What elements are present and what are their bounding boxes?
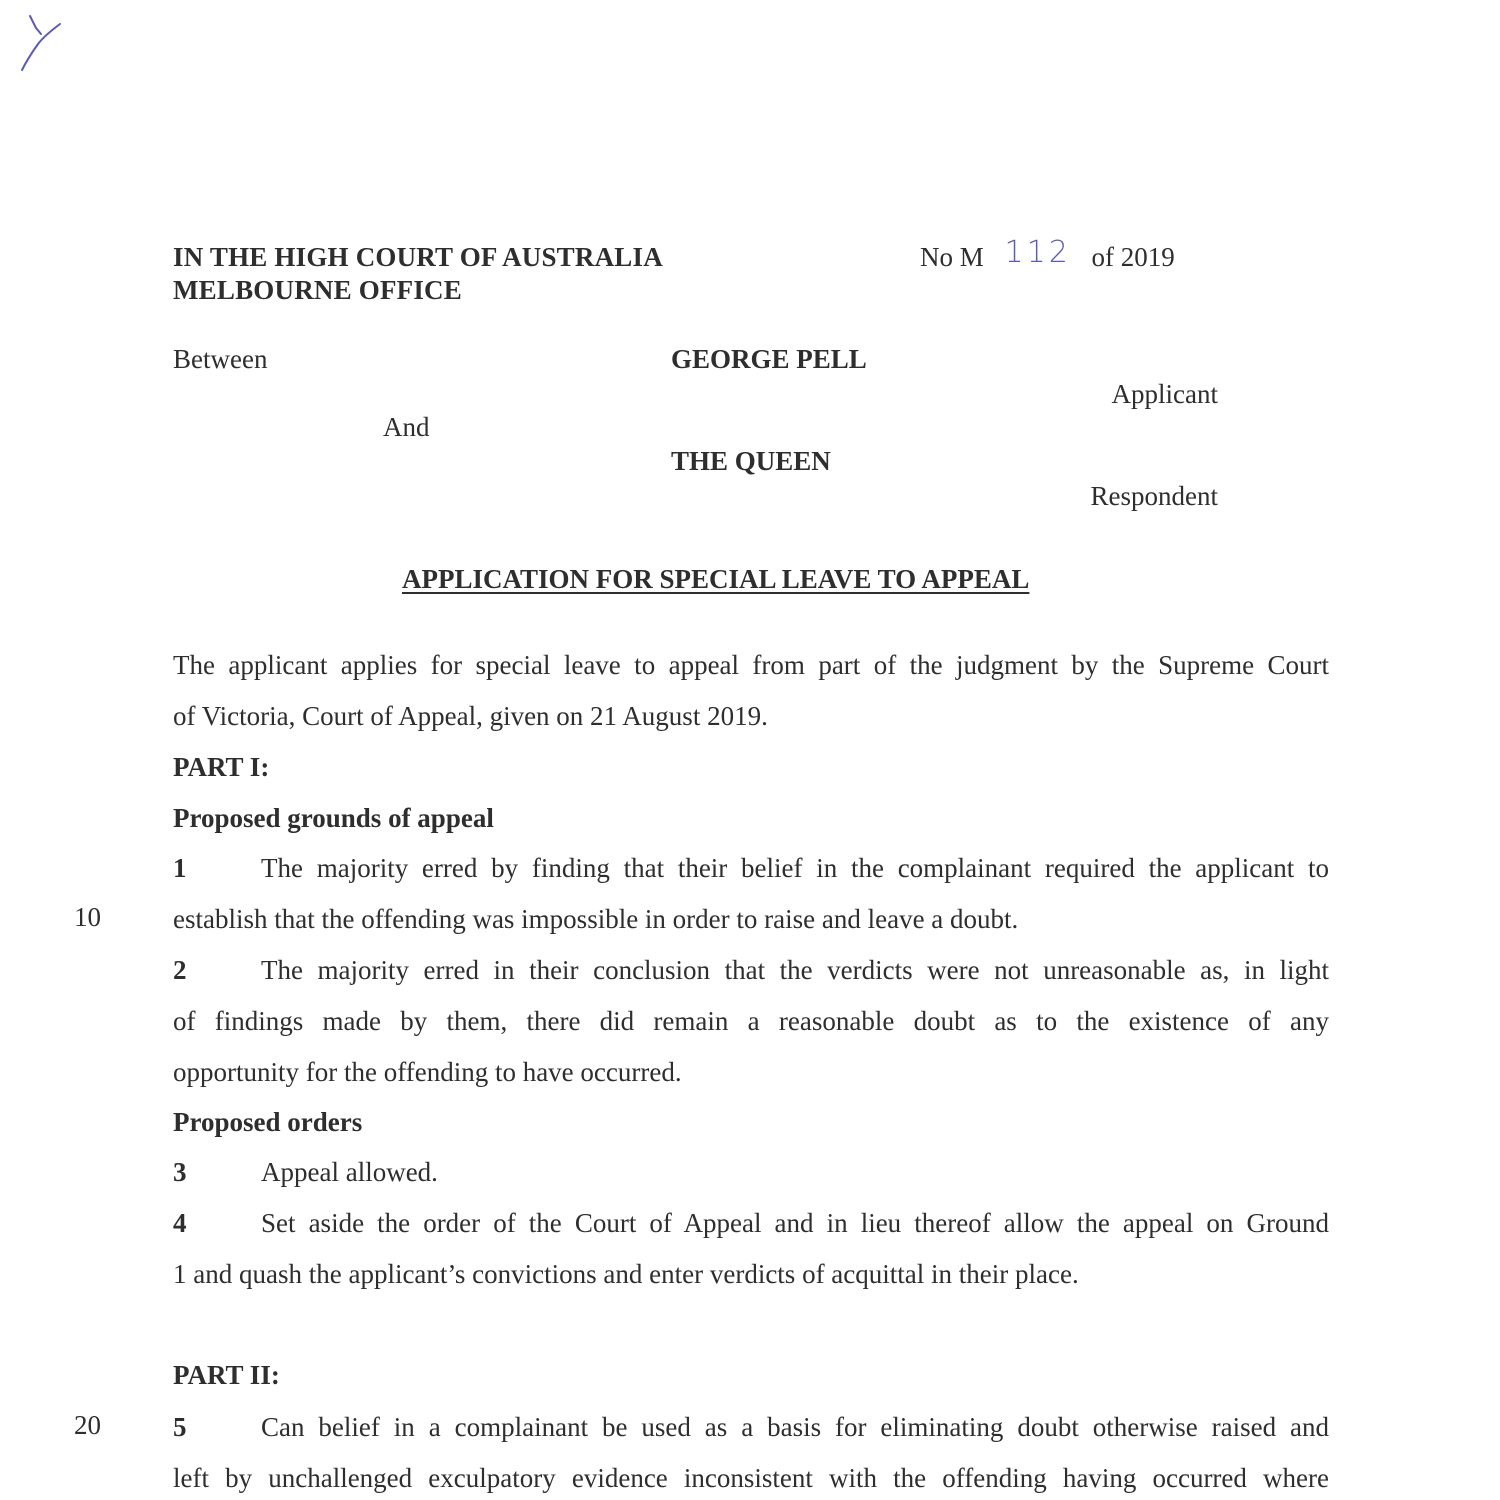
case-number-suffix: of 2019 bbox=[1092, 242, 1175, 272]
part-2-heading: PART II: bbox=[173, 1358, 280, 1392]
orders-heading: Proposed orders bbox=[173, 1105, 362, 1139]
ground-1-line-1: 1The majority erred by finding that thei… bbox=[173, 843, 1329, 894]
ground-1-number: 1 bbox=[173, 843, 261, 894]
applicant-role: Applicant bbox=[1112, 377, 1218, 411]
respondent-name: THE QUEEN bbox=[671, 444, 831, 478]
handwritten-corner-mark bbox=[14, 10, 64, 75]
intro-line-1: The applicant applies for special leave … bbox=[173, 640, 1329, 691]
ground-2-line-3: opportunity for the offending to have oc… bbox=[173, 1047, 1329, 1098]
order-4-line-1: 4Set aside the order of the Court of App… bbox=[173, 1198, 1329, 1249]
grounds-heading: Proposed grounds of appeal bbox=[173, 801, 494, 835]
court-office: MELBOURNE OFFICE bbox=[173, 273, 462, 307]
part-1-heading: PART I: bbox=[173, 750, 269, 784]
question-5-line-2: left by unchallenged exculpatory evidenc… bbox=[173, 1453, 1329, 1500]
order-4: 4Set aside the order of the Court of App… bbox=[173, 1198, 1329, 1300]
case-number-handwritten: 112 bbox=[1005, 236, 1071, 270]
margin-line-number-20: 20 bbox=[74, 1410, 101, 1441]
ground-2-line-2: of findings made by them, there did rema… bbox=[173, 996, 1329, 1047]
court-name: IN THE HIGH COURT OF AUSTRALIA bbox=[173, 240, 663, 274]
respondent-role: Respondent bbox=[1091, 479, 1219, 513]
case-number: No M 112 of 2019 bbox=[920, 240, 1175, 274]
order-4-number: 4 bbox=[173, 1198, 261, 1249]
margin-line-number-10: 10 bbox=[74, 902, 101, 933]
document-title: APPLICATION FOR SPECIAL LEAVE TO APPEAL bbox=[402, 564, 1029, 595]
question-5: 5Can belief in a complainant be used as … bbox=[173, 1402, 1329, 1500]
question-5-line-1: 5Can belief in a complainant be used as … bbox=[173, 1402, 1329, 1453]
ground-1-line-2: establish that the offending was impossi… bbox=[173, 894, 1329, 945]
order-4-line-2: 1 and quash the applicant’s convictions … bbox=[173, 1249, 1329, 1300]
ground-2-line-1: 2The majority erred in their conclusion … bbox=[173, 945, 1329, 996]
and-label: And bbox=[383, 410, 430, 444]
ground-2-number: 2 bbox=[173, 945, 261, 996]
order-3-number: 3 bbox=[173, 1147, 261, 1198]
order-3-line-1: 3Appeal allowed. bbox=[173, 1147, 1329, 1198]
ground-2: 2The majority erred in their conclusion … bbox=[173, 945, 1329, 1098]
between-label: Between bbox=[173, 342, 267, 376]
order-3: 3Appeal allowed. bbox=[173, 1147, 1329, 1198]
question-5-number: 5 bbox=[173, 1402, 261, 1453]
intro-paragraph: The applicant applies for special leave … bbox=[173, 640, 1329, 742]
applicant-name: GEORGE PELL bbox=[671, 342, 867, 376]
case-number-prefix: No M bbox=[920, 242, 984, 272]
ground-1: 1The majority erred by finding that thei… bbox=[173, 843, 1329, 945]
intro-line-2: of Victoria, Court of Appeal, given on 2… bbox=[173, 691, 1329, 742]
